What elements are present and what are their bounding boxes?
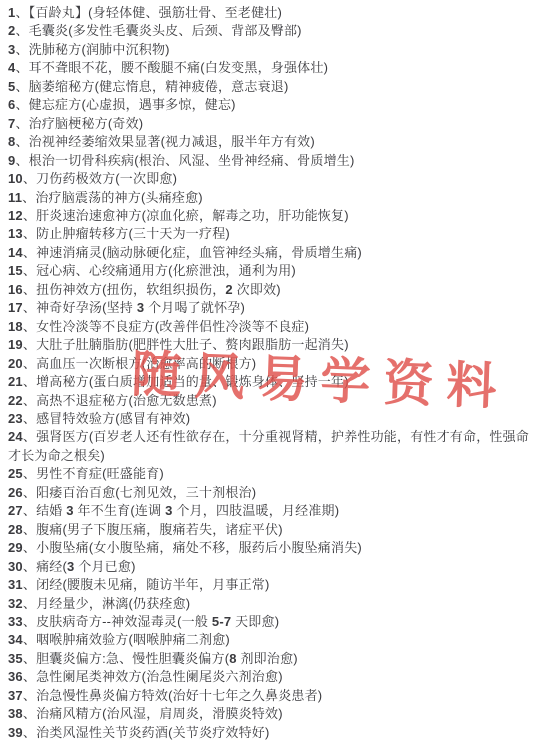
item-number: 5、 <box>8 79 29 94</box>
item-text: 小腹坠痛(女小腹坠痛，痛处不移，服药后小腹坠痛消失) <box>36 540 362 555</box>
item-number: 35、 <box>8 651 36 666</box>
list-item: 27、结婚 3 年不生育(连调 3 个月，四肢温暖，月经准期) <box>8 502 535 520</box>
list-item: 37、治急慢性鼻炎偏方特效(治好十七年之久鼻炎患者) <box>8 687 535 705</box>
list-item: 1、【百龄丸】(身轻体健、强筋壮骨、至老健壮) <box>8 4 535 22</box>
item-number: 25、 <box>8 466 36 481</box>
item-number: 23、 <box>8 411 36 426</box>
list-item: 2、毛囊炎(多发性毛囊炎头皮、后颈、背部及臀部) <box>8 22 535 40</box>
item-text: 急性阑尾类神效方(治急性阑尾炎六剂治愈) <box>36 669 283 684</box>
list-item: 18、女性冷淡等不良症方(改善伴侣性冷淡等不良症) <box>8 318 535 336</box>
item-text: 感冒特效验方(感冒有神效) <box>36 411 190 426</box>
item-text: 治疗脑震荡的神方(头痛痊愈) <box>35 190 202 205</box>
item-number: 1、 <box>8 5 29 20</box>
item-number: 7、 <box>8 116 29 131</box>
list-item: 12、肝炎速治速愈神方(凉血化瘀，解毒之功，肝功能恢复) <box>8 207 535 225</box>
item-text: 咽喉肿痛效验方(咽喉肿痛二剂愈) <box>36 632 230 647</box>
item-number: 38、 <box>8 706 36 721</box>
item-text: 脑萎缩秘方(健忘惰息，精神疲倦，意志衰退) <box>29 79 289 94</box>
item-text: 治疗脑梗秘方(奇效) <box>29 116 144 131</box>
item-text: 腹痛(男子下腹压痛，腹痛若失，诸症平伏) <box>36 522 283 537</box>
item-number: 21、 <box>8 374 36 389</box>
remedy-list: 1、【百龄丸】(身轻体健、强筋壮骨、至老健壮)2、毛囊炎(多发性毛囊炎头皮、后颈… <box>0 0 539 742</box>
item-number: 8、 <box>8 134 29 149</box>
list-item: 3、洗肺秘方(润肺中沉积物) <box>8 41 535 59</box>
list-item: 15、冠心病、心绞痛通用方(化瘀泄浊，通利为用) <box>8 262 535 280</box>
item-number: 15、 <box>8 263 36 278</box>
item-text: 治视神经萎缩效果显著(视力减退，服半年方有效) <box>29 134 315 149</box>
item-number: 30、 <box>8 559 36 574</box>
list-item: 13、防止肿瘤转移方(三十天为一疗程) <box>8 225 535 243</box>
list-item: 17、神奇好孕汤(坚持 3 个月喝了就怀孕) <box>8 299 535 317</box>
item-text: 女性冷淡等不良症方(改善伴侣性冷淡等不良症) <box>36 319 309 334</box>
list-item: 16、扭伤神效方(扭伤，软组织损伤，2 次即效) <box>8 281 535 299</box>
list-item: 23、感冒特效验方(感冒有神效) <box>8 410 535 428</box>
item-number: 6、 <box>8 97 29 112</box>
list-item: 7、治疗脑梗秘方(奇效) <box>8 115 535 133</box>
item-text: 痛经(3 个月已愈) <box>36 559 136 574</box>
item-number: 24、 <box>8 429 36 444</box>
list-item: 28、腹痛(男子下腹压痛，腹痛若失，诸症平伏) <box>8 521 535 539</box>
item-text: 毛囊炎(多发性毛囊炎头皮、后颈、背部及臀部) <box>29 23 302 38</box>
list-item: 4、耳不聋眼不花，腰不酸腿不痛(白发变黑，身强体壮) <box>8 59 535 77</box>
list-item: 32、月经量少，淋漓(仍获痊愈) <box>8 595 535 613</box>
list-item: 25、男性不育症(旺盛能育) <box>8 465 535 483</box>
list-item: 26、阳痿百治百愈(七剂见效，三十剂根治) <box>8 484 535 502</box>
item-number: 17、 <box>8 300 36 315</box>
item-text: 男性不育症(旺盛能育) <box>36 466 164 481</box>
list-item: 34、咽喉肿痛效验方(咽喉肿痛二剂愈) <box>8 631 535 649</box>
item-number: 4、 <box>8 60 29 75</box>
item-text: 月经量少，淋漓(仍获痊愈) <box>36 596 190 611</box>
item-number: 16、 <box>8 282 36 297</box>
item-text: 洗肺秘方(润肺中沉积物) <box>29 42 170 57</box>
item-number: 18、 <box>8 319 36 334</box>
item-number: 20、 <box>8 356 36 371</box>
list-item: 9、根治一切骨科疾病(根治、风湿、坐骨神经痛、骨质增生) <box>8 152 535 170</box>
item-text: 治急慢性鼻炎偏方特效(治好十七年之久鼻炎患者) <box>36 688 322 703</box>
item-text: 防止肿瘤转移方(三十天为一疗程) <box>36 226 230 241</box>
item-text: 皮肤病奇方--神效湿毒灵(一般 5-7 天即愈) <box>36 614 279 629</box>
item-number: 26、 <box>8 485 36 500</box>
list-item: 11、治疗脑震荡的神方(头痛痊愈) <box>8 189 535 207</box>
item-number: 3、 <box>8 42 29 57</box>
item-text: 结婚 3 年不生育(连调 3 个月，四肢温暖，月经准期) <box>36 503 339 518</box>
item-text: 冠心病、心绞痛通用方(化瘀泄浊，通利为用) <box>36 263 296 278</box>
list-item: 30、痛经(3 个月已愈) <box>8 558 535 576</box>
list-item: 14、神速消痛灵(脑动脉硬化症，血管神经头痛，骨质增生痛) <box>8 244 535 262</box>
item-number: 33、 <box>8 614 36 629</box>
list-item: 8、治视神经萎缩效果显著(视力减退，服半年方有效) <box>8 133 535 151</box>
item-number: 27、 <box>8 503 36 518</box>
item-text: 神速消痛灵(脑动脉硬化症，血管神经头痛，骨质增生痛) <box>36 245 362 260</box>
item-number: 12、 <box>8 208 36 223</box>
item-number: 29、 <box>8 540 36 555</box>
list-item: 39、治类风湿性关节炎药酒(关节炎疗效特好) <box>8 724 535 742</box>
item-text: 胆囊炎偏方:急、慢性胆囊炎偏方(8 剂即治愈) <box>36 651 298 666</box>
item-number: 28、 <box>8 522 36 537</box>
item-text: 刀伤药极效方(一次即愈) <box>36 171 177 186</box>
item-text: 阳痿百治百愈(七剂见效，三十剂根治) <box>36 485 256 500</box>
item-text: 扭伤神效方(扭伤，软组织损伤，2 次即效) <box>36 282 281 297</box>
item-text: 高血压一次断根方(治愈率高的断根方) <box>36 356 256 371</box>
item-number: 39、 <box>8 725 36 740</box>
list-item: 21、增高秘方(蛋白质增加适当的量、锻炼身体、坚持一年) <box>8 373 535 391</box>
item-text: 健忘症方(心虚损，遇事多惊，健忘) <box>29 97 236 112</box>
item-number: 19、 <box>8 337 36 352</box>
item-text: 神奇好孕汤(坚持 3 个月喝了就怀孕) <box>36 300 245 315</box>
item-number: 13、 <box>8 226 36 241</box>
item-number: 32、 <box>8 596 36 611</box>
item-number: 36、 <box>8 669 36 684</box>
item-text: 【百龄丸】(身轻体健、强筋壮骨、至老健壮) <box>29 5 282 20</box>
list-item: 24、强肾医方(百岁老人还有性欲存在，十分重视肾精，护养性功能，有性才有命，性强… <box>8 428 535 465</box>
item-text: 治痛风精方(治风湿，肩周炎，滑膜炎特效) <box>36 706 283 721</box>
item-number: 2、 <box>8 23 29 38</box>
item-text: 高热不退症秘方(治愈无数患煮) <box>36 393 217 408</box>
list-item: 19、大肚子肚腩脂肪(肥胖性大肚子、赘肉跟脂肪一起消失) <box>8 336 535 354</box>
list-item: 33、皮肤病奇方--神效湿毒灵(一般 5-7 天即愈) <box>8 613 535 631</box>
list-item: 36、急性阑尾类神效方(治急性阑尾炎六剂治愈) <box>8 668 535 686</box>
remedy-list-page: 1、【百龄丸】(身轻体健、强筋壮骨、至老健壮)2、毛囊炎(多发性毛囊炎头皮、后颈… <box>0 0 539 742</box>
item-text: 大肚子肚腩脂肪(肥胖性大肚子、赘肉跟脂肪一起消失) <box>36 337 349 352</box>
list-item: 29、小腹坠痛(女小腹坠痛，痛处不移，服药后小腹坠痛消失) <box>8 539 535 557</box>
item-text: 治类风湿性关节炎药酒(关节炎疗效特好) <box>36 725 269 740</box>
list-item: 31、闭经(腰腹未见痛，随访半年，月事正常) <box>8 576 535 594</box>
list-item: 5、脑萎缩秘方(健忘惰息，精神疲倦，意志衰退) <box>8 78 535 96</box>
list-item: 22、高热不退症秘方(治愈无数患煮) <box>8 392 535 410</box>
item-number: 9、 <box>8 153 29 168</box>
item-text: 闭经(腰腹未见痛，随访半年，月事正常) <box>36 577 269 592</box>
item-text: 根治一切骨科疾病(根治、风湿、坐骨神经痛、骨质增生) <box>29 153 355 168</box>
item-number: 22、 <box>8 393 36 408</box>
item-number: 31、 <box>8 577 36 592</box>
list-item: 6、健忘症方(心虚损，遇事多惊，健忘) <box>8 96 535 114</box>
item-text: 强肾医方(百岁老人还有性欲存在，十分重视肾精，护养性功能，有性才有命，性强命才长… <box>8 429 529 462</box>
list-item: 35、胆囊炎偏方:急、慢性胆囊炎偏方(8 剂即治愈) <box>8 650 535 668</box>
list-item: 38、治痛风精方(治风湿，肩周炎，滑膜炎特效) <box>8 705 535 723</box>
item-text: 耳不聋眼不花，腰不酸腿不痛(白发变黑，身强体壮) <box>29 60 328 75</box>
item-number: 37、 <box>8 688 36 703</box>
item-number: 10、 <box>8 171 36 186</box>
list-item: 20、高血压一次断根方(治愈率高的断根方) <box>8 355 535 373</box>
item-number: 14、 <box>8 245 36 260</box>
item-number: 34、 <box>8 632 36 647</box>
item-text: 增高秘方(蛋白质增加适当的量、锻炼身体、坚持一年) <box>36 374 349 389</box>
item-text: 肝炎速治速愈神方(凉血化瘀，解毒之功，肝功能恢复) <box>36 208 349 223</box>
item-number: 11、 <box>8 190 35 205</box>
list-item: 10、刀伤药极效方(一次即愈) <box>8 170 535 188</box>
